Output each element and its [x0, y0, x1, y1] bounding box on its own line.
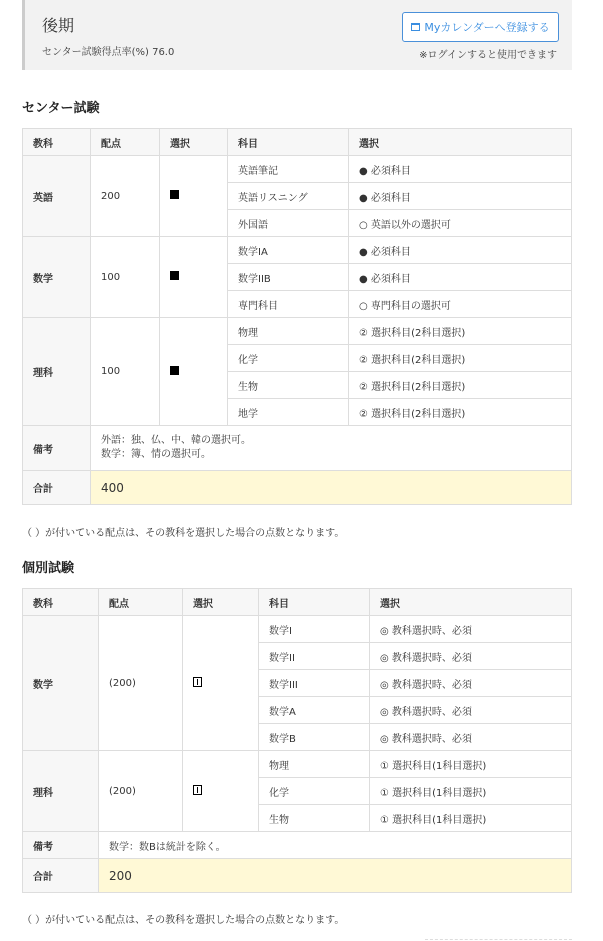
course-cell: 物理	[228, 318, 349, 345]
points-cell: 100	[91, 318, 160, 426]
selection-cell: ● 必須科目	[349, 183, 572, 210]
subject-cell: 英語	[23, 156, 91, 237]
total-label: 合計	[23, 859, 99, 893]
individual-exam-table: 教科 配点 選択 科目 選択 数学 (200) 数学I ◎ 教科選択時、必須 数…	[22, 588, 572, 893]
selection-cell: ◎ 教科選択時、必須	[370, 670, 572, 697]
table-row: 英語 200 英語筆記 ● 必須科目	[23, 156, 572, 183]
selection-cell: ◎ 教科選択時、必須	[370, 724, 572, 751]
calendar-icon	[411, 23, 420, 31]
selection-cell: ① 選択科目(1科目選択)	[370, 805, 572, 832]
center-score-rate: センター試験得点率(%) 76.0	[42, 43, 174, 58]
table-row: 数学 (200) 数学I ◎ 教科選択時、必須	[23, 616, 572, 643]
subject-cell: 理科	[23, 318, 91, 426]
table-row: 理科 (200) 物理 ① 選択科目(1科目選択)	[23, 751, 572, 778]
total-value: 400	[91, 471, 572, 505]
boxed-one-icon	[193, 785, 202, 795]
period-title: 後期	[42, 13, 74, 36]
add-to-calendar-label: Myカレンダーへ登録する	[424, 19, 549, 35]
remarks-row: 備考 数学：数Bは統計を除く。	[23, 832, 572, 859]
points-footnote: （ ）が付いている配点は、その教科を選択した場合の点数となります。	[22, 524, 344, 539]
remarks-text: 外語：独、仏、中、韓の選択可。 数学：簿、情の選択可。	[91, 426, 572, 471]
total-row: 合計 400	[23, 471, 572, 505]
selection-cell: ● 必須科目	[349, 264, 572, 291]
table-row: 理科 100 物理 ② 選択科目(2科目選択)	[23, 318, 572, 345]
course-cell: 数学A	[259, 697, 370, 724]
col-header: 教科	[23, 129, 91, 156]
col-header: 選択	[183, 589, 259, 616]
center-exam-title: センター試験	[22, 97, 99, 116]
selection-cell: ● 必須科目	[349, 156, 572, 183]
login-note: ※ログインすると使用できます	[419, 46, 557, 61]
total-row: 合計 200	[23, 859, 572, 893]
mark-cell	[160, 156, 228, 237]
selection-cell: ② 選択科目(2科目選択)	[349, 318, 572, 345]
course-cell: 数学I	[259, 616, 370, 643]
points-cell: 100	[91, 237, 160, 318]
selection-cell: ● 必須科目	[349, 237, 572, 264]
remark-line: 数学：数Bは統計を除く。	[109, 838, 561, 853]
course-cell: 数学III	[259, 670, 370, 697]
subject-cell: 理科	[23, 751, 99, 832]
selection-cell: ○ 専門科目の選択可	[349, 291, 572, 318]
remarks-text: 数学：数Bは統計を除く。	[99, 832, 572, 859]
filled-square-icon	[170, 366, 179, 375]
selection-cell: ○ 英語以外の選択可	[349, 210, 572, 237]
col-header: 科目	[259, 589, 370, 616]
subject-cell: 数学	[23, 616, 99, 751]
course-cell: 外国語	[228, 210, 349, 237]
mark-cell	[183, 751, 259, 832]
col-header: 科目	[228, 129, 349, 156]
boxed-one-icon	[193, 677, 202, 687]
remark-line: 数学：簿、情の選択可。	[101, 448, 561, 462]
divider	[425, 939, 572, 940]
course-cell: 英語筆記	[228, 156, 349, 183]
mark-cell	[160, 318, 228, 426]
exam-period-header: 後期 センター試験得点率(%) 76.0 Myカレンダーへ登録する ※ログインす…	[22, 0, 572, 70]
course-cell: 専門科目	[228, 291, 349, 318]
points-cell: (200)	[99, 616, 183, 751]
col-header: 配点	[99, 589, 183, 616]
selection-cell: ① 選択科目(1科目選択)	[370, 751, 572, 778]
selection-cell: ② 選択科目(2科目選択)	[349, 372, 572, 399]
col-header: 選択	[160, 129, 228, 156]
course-cell: 数学IIB	[228, 264, 349, 291]
course-cell: 物理	[259, 751, 370, 778]
course-cell: 生物	[228, 372, 349, 399]
total-label: 合計	[23, 471, 91, 505]
remarks-row: 備考 外語：独、仏、中、韓の選択可。 数学：簿、情の選択可。	[23, 426, 572, 471]
selection-cell: ◎ 教科選択時、必須	[370, 697, 572, 724]
subject-cell: 数学	[23, 237, 91, 318]
remarks-label: 備考	[23, 832, 99, 859]
remark-line: 外語：独、仏、中、韓の選択可。	[101, 434, 561, 448]
col-header: 教科	[23, 589, 99, 616]
center-exam-table: 教科 配点 選択 科目 選択 英語 200 英語筆記 ● 必須科目 英語リスニン…	[22, 128, 572, 505]
selection-cell: ◎ 教科選択時、必須	[370, 643, 572, 670]
table-header-row: 教科 配点 選択 科目 選択	[23, 589, 572, 616]
mark-cell	[183, 616, 259, 751]
filled-square-icon	[170, 190, 179, 199]
points-footnote: （ ）が付いている配点は、その教科を選択した場合の点数となります。	[22, 911, 344, 926]
course-cell: 英語リスニング	[228, 183, 349, 210]
points-cell: 200	[91, 156, 160, 237]
course-cell: 化学	[228, 345, 349, 372]
filled-square-icon	[170, 271, 179, 280]
col-header: 選択	[349, 129, 572, 156]
table-header-row: 教科 配点 選択 科目 選択	[23, 129, 572, 156]
total-value: 200	[99, 859, 572, 893]
course-cell: 生物	[259, 805, 370, 832]
table-row: 数学 100 数学IA ● 必須科目	[23, 237, 572, 264]
course-cell: 化学	[259, 778, 370, 805]
col-header: 選択	[370, 589, 572, 616]
mark-cell	[160, 237, 228, 318]
add-to-calendar-button[interactable]: Myカレンダーへ登録する	[402, 12, 559, 42]
col-header: 配点	[91, 129, 160, 156]
selection-cell: ② 選択科目(2科目選択)	[349, 399, 572, 426]
course-cell: 数学B	[259, 724, 370, 751]
individual-exam-title: 個別試験	[22, 557, 74, 576]
course-cell: 数学IA	[228, 237, 349, 264]
remarks-label: 備考	[23, 426, 91, 471]
selection-cell: ② 選択科目(2科目選択)	[349, 345, 572, 372]
points-cell: (200)	[99, 751, 183, 832]
course-cell: 地学	[228, 399, 349, 426]
selection-cell: ① 選択科目(1科目選択)	[370, 778, 572, 805]
selection-cell: ◎ 教科選択時、必須	[370, 616, 572, 643]
course-cell: 数学II	[259, 643, 370, 670]
